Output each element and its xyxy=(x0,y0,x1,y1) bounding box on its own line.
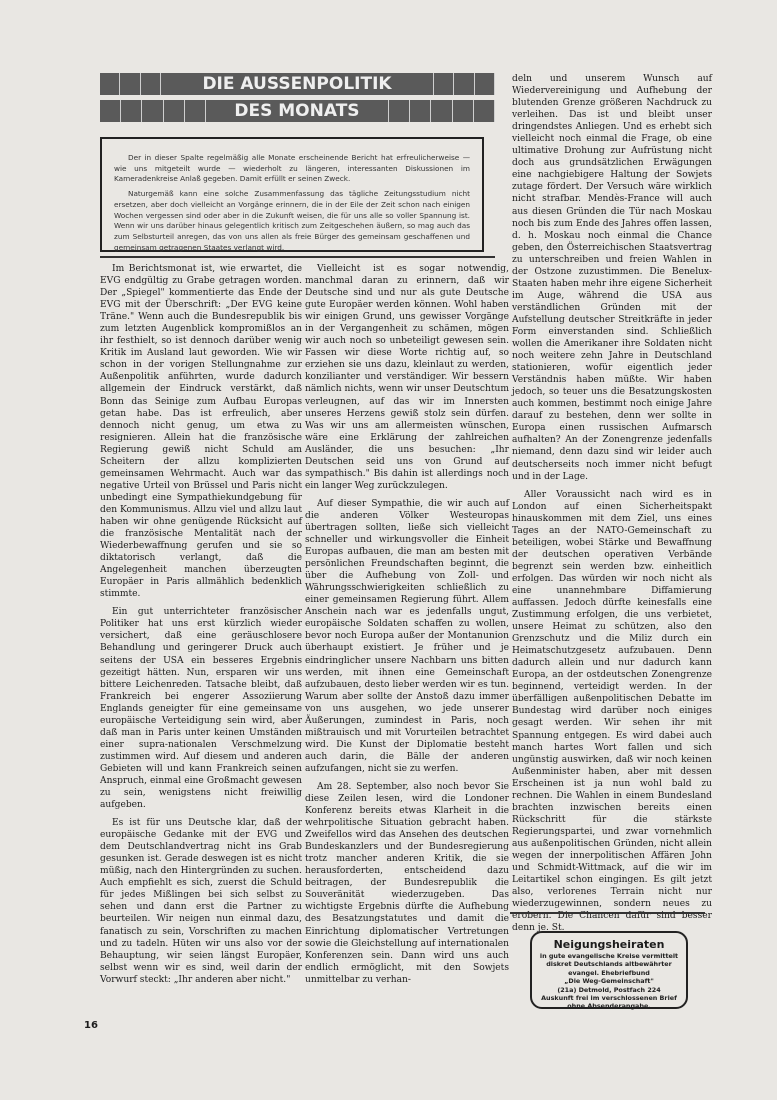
ad-line: Auskunft frei im verschlossenen Brief oh… xyxy=(532,994,686,1011)
article-column-3: deln und unserem Wunsch auf Wiederverein… xyxy=(512,73,712,940)
article-paragraph: Ein gut unterrichteter französischer Pol… xyxy=(100,606,302,811)
section-divider xyxy=(100,256,495,258)
article-column-1: Im Berichtsmonat ist, wie erwartet, die … xyxy=(100,263,302,992)
ad-title: Neigungsheiraten xyxy=(550,939,669,951)
headline-text-2: DES MONATS xyxy=(206,100,389,122)
page-number: 16 xyxy=(84,1020,98,1031)
headline-text-1: DIE AUSSENPOLITIK xyxy=(161,73,434,95)
intro-paragraph: Der in dieser Spalte regelmäßig alle Mon… xyxy=(114,153,470,185)
article-paragraph: Im Berichtsmonat ist, wie erwartet, die … xyxy=(100,263,302,600)
intro-paragraph: Naturgemäß kann eine solche Zusammenfass… xyxy=(114,189,470,253)
headline-line-2: DES MONATS xyxy=(100,100,495,122)
ad-line: in gute evangelische Kreise vermittelt d… xyxy=(532,952,686,977)
article-paragraph: Vielleicht ist es sogar notwendig, manch… xyxy=(305,263,509,492)
classified-advertisement: Neigungsheiraten in gute evangelische Kr… xyxy=(530,931,688,1009)
article-column-2: Vielleicht ist es sogar notwendig, manch… xyxy=(305,263,509,992)
article-paragraph: Am 28. September, also noch bevor Sie di… xyxy=(305,781,509,986)
intro-box: Der in dieser Spalte regelmäßig alle Mon… xyxy=(100,137,484,252)
headline-line-1: DIE AUSSENPOLITIK xyxy=(100,73,495,95)
article-paragraph: Aller Voraussicht nach wird es in London… xyxy=(512,489,712,935)
article-paragraph: Auf dieser Sympathie, die wir auch auf d… xyxy=(305,498,509,775)
column-end-rule xyxy=(510,912,705,914)
article-paragraph: deln und unserem Wunsch auf Wiederverein… xyxy=(512,73,712,483)
ad-line: „Die Weg-Gemeinschaft" xyxy=(532,977,686,985)
magazine-page: DIE AUSSENPOLITIK DES MONATS Der in dies… xyxy=(0,0,777,1100)
article-paragraph: Es ist für uns Deutsche klar, daß der eu… xyxy=(100,817,302,986)
ad-line: (21a) Detmold, Postfach 224 xyxy=(532,986,686,994)
